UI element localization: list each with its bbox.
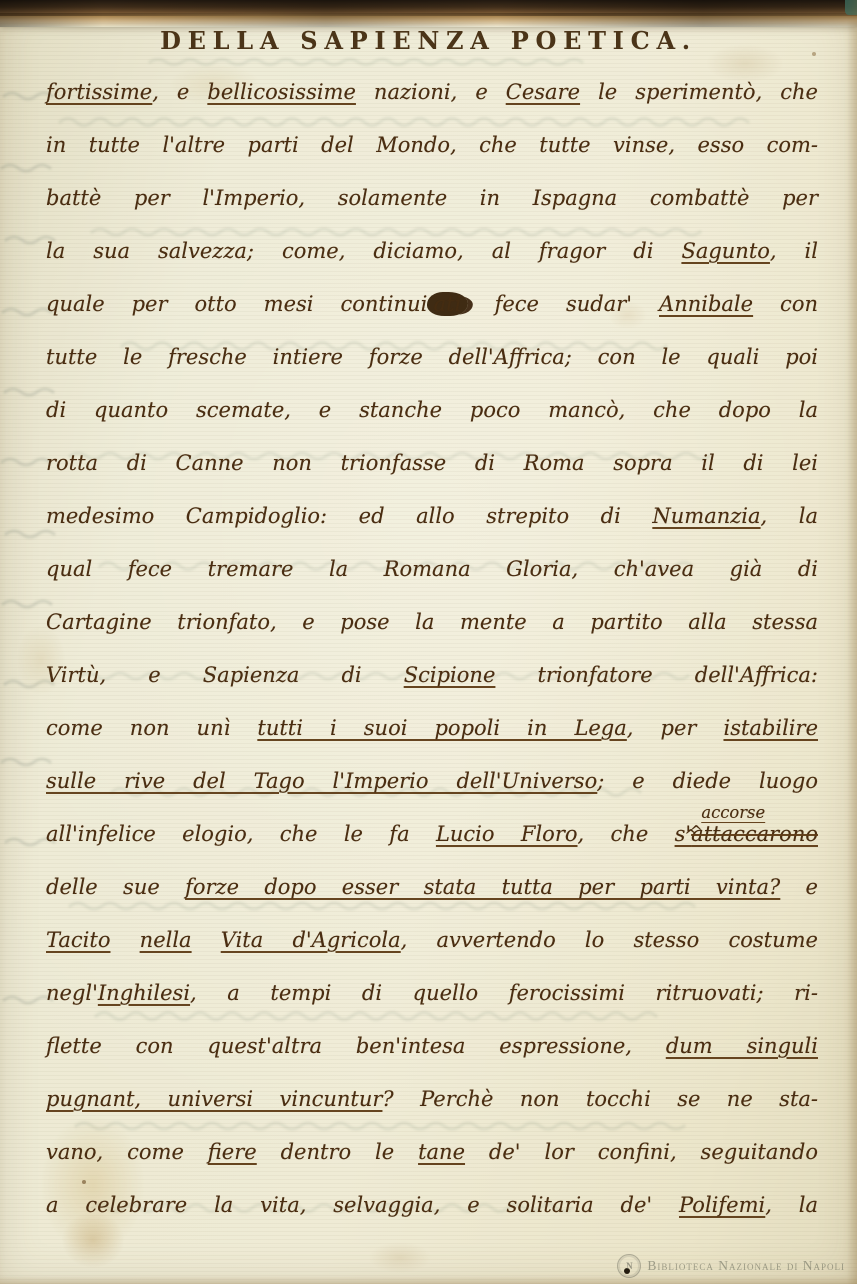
text-segment: , il: [770, 239, 818, 263]
text-segment: Lucio Floro: [436, 822, 578, 846]
text-segment: sulle rive del Tago l'Imperio dell'Unive…: [46, 769, 597, 793]
manuscript-line: sulle rive del Tago l'Imperio dell'Unive…: [46, 755, 818, 808]
text-segment: a celebrare la vita, selvaggia, e solita…: [46, 1193, 679, 1217]
text-segment: battè per l'Imperio, solamente in Ispagn…: [46, 186, 818, 210]
text-segment: Cartagine trionfato, e pose la mente a p…: [46, 610, 818, 634]
text-segment: , a tempi di quello ferocissimi ritruova…: [190, 981, 818, 1005]
text-segment: in tutte l'altre parti del Mondo, che tu…: [46, 133, 818, 157]
text-segment: forze dopo esser stata tutta per parti v…: [185, 875, 780, 899]
text-segment: rotta di Canne non trionfasse di Roma so…: [46, 451, 818, 475]
text-segment: de' lor confini, seguitando: [465, 1140, 818, 1164]
text-segment: , la: [765, 1193, 818, 1217]
library-stamp-icon: N: [617, 1254, 641, 1278]
text-segment: Sagunto: [681, 239, 769, 263]
text-segment: come non unì: [46, 716, 257, 740]
manuscript-line: Cartagine trionfato, e pose la mente a p…: [46, 596, 818, 649]
text-segment: flette con quest'altra ben'intesa espres…: [46, 1034, 666, 1058]
text-segment: trionfatore dell'Affrica:: [495, 663, 818, 687]
manuscript-line: pugnant, universi vincuntur? Perchè non …: [46, 1073, 818, 1126]
text-segment: medesimo Campidoglio: ed allo strepito d…: [46, 504, 652, 528]
text-segment: , per: [627, 716, 724, 740]
page-edge-shading: [0, 1276, 857, 1284]
text-segment: di quanto scemate, e stanche poco mancò,…: [46, 398, 818, 422]
text-segment: nazioni, e: [356, 80, 506, 104]
library-watermark: N Biblioteca Nazionale di Napoli: [617, 1254, 845, 1278]
text-segment: pugnant, universi vincuntur: [46, 1087, 382, 1111]
text-segment: ati: [427, 292, 467, 316]
watermark-label: Biblioteca Nazionale di Napoli: [647, 1258, 845, 1274]
text-segment: , la: [761, 504, 818, 528]
text-segment: vano, come: [46, 1140, 208, 1164]
manuscript-line: battè per l'Imperio, solamente in Ispagn…: [46, 172, 818, 225]
text-segment: fece sudar': [468, 292, 659, 316]
text-segment: all'infelice elogio, che le fa: [46, 822, 436, 846]
manuscript-line: delle sue forze dopo esser stata tutta p…: [46, 861, 818, 914]
text-segment: , avvertendo lo stesso costume: [401, 928, 818, 952]
page-title: DELLA SAPIENZA POETICA.: [0, 26, 857, 55]
text-segment: e: [780, 875, 818, 899]
text-segment: tutti i suoi popoli in Lega: [257, 716, 626, 740]
manuscript-line: in tutte l'altre parti del Mondo, che tu…: [46, 119, 818, 172]
text-segment: , e: [152, 80, 207, 104]
binding-crack-line: [0, 13, 857, 16]
text-segment: Inghilesi: [98, 981, 190, 1005]
text-segment: fortissime: [46, 80, 152, 104]
manuscript-line: qual fece tremare la Romana Gloria, ch'a…: [46, 543, 818, 596]
text-segment: Vita d'Agricola: [221, 928, 401, 952]
text-segment: , che: [578, 822, 675, 846]
manuscript-line: medesimo Campidoglio: ed allo strepito d…: [46, 490, 818, 543]
stamp-monogram: N: [626, 1261, 633, 1271]
text-segment: qual fece tremare la Romana Gloria, ch'a…: [46, 557, 818, 581]
manuscript-line: flette con quest'altra ben'intesa espres…: [46, 1020, 818, 1073]
text-segment: le sperimentò, che: [580, 80, 818, 104]
text-segment: istabilire: [723, 716, 818, 740]
text-segment: Cesare: [506, 80, 580, 104]
text-segment: Virtù, e Sapienza di: [46, 663, 404, 687]
text-segment: dentro le: [257, 1140, 418, 1164]
text-segment: [192, 928, 221, 952]
text-segment: ; e diede luogo: [597, 769, 818, 793]
manuscript-line: di quanto scemate, e stanche poco mancò,…: [46, 384, 818, 437]
page-edge-shading: [847, 0, 857, 1284]
manuscript-line: a celebrare la vita, selvaggia, e solita…: [46, 1179, 818, 1232]
text-segment: nella: [140, 928, 192, 952]
manuscript-line: all'infelice elogio, che le fa Lucio Flo…: [46, 808, 818, 861]
text-segment: dum singuli: [666, 1034, 818, 1058]
text-segment: bellicosissime: [207, 80, 356, 104]
text-segment: Numanzia: [652, 504, 760, 528]
text-segment: tane: [418, 1140, 465, 1164]
manuscript-line: fortissime, e bellicosissime nazioni, e …: [46, 66, 818, 119]
manuscript-line: come non unì tutti i suoi popoli in Lega…: [46, 702, 818, 755]
manuscript-body: fortissime, e bellicosissime nazioni, e …: [46, 66, 818, 1232]
inserted-word-above-line: accorse: [701, 805, 765, 821]
text-segment: Tacito: [46, 928, 110, 952]
manuscript-line: Virtù, e Sapienza di Scipione trionfator…: [46, 649, 818, 702]
manuscript-line: la sua salvezza; come, diciamo, al frago…: [46, 225, 818, 278]
manuscript-line: vano, come fiere dentro le tane de' lor …: [46, 1126, 818, 1179]
manuscript-line: tutte le fresche intiere forze dell'Affr…: [46, 331, 818, 384]
text-segment: [110, 928, 139, 952]
text-segment: negl': [46, 981, 98, 1005]
text-segment: Polifemi: [679, 1193, 765, 1217]
manuscript-page: DELLA SAPIENZA POETICA. fortissime, e be…: [0, 0, 857, 1284]
text-segment: ? Perchè non tocchi se ne sta-: [382, 1087, 818, 1111]
manuscript-line: negl'Inghilesi, a tempi di quello feroci…: [46, 967, 818, 1020]
text-segment: attaccaronoaccorse: [691, 822, 818, 846]
text-segment: la sua salvezza; come, diciamo, al frago…: [46, 239, 681, 263]
text-segment: Scipione: [404, 663, 496, 687]
text-segment: con: [753, 292, 818, 316]
text-segment: quale per otto mesi continui: [46, 292, 427, 316]
foxing-stain: [355, 1235, 445, 1280]
text-segment: tutte le fresche intiere forze dell'Affr…: [46, 345, 818, 369]
manuscript-line: Tacito nella Vita d'Agricola, avvertendo…: [46, 914, 818, 967]
text-segment: Annibale: [659, 292, 753, 316]
manuscript-line: quale per otto mesi continuiati fece sud…: [46, 278, 818, 331]
manuscript-line: rotta di Canne non trionfasse di Roma so…: [46, 437, 818, 490]
text-segment: delle sue: [46, 875, 185, 899]
text-segment: fiere: [208, 1140, 257, 1164]
